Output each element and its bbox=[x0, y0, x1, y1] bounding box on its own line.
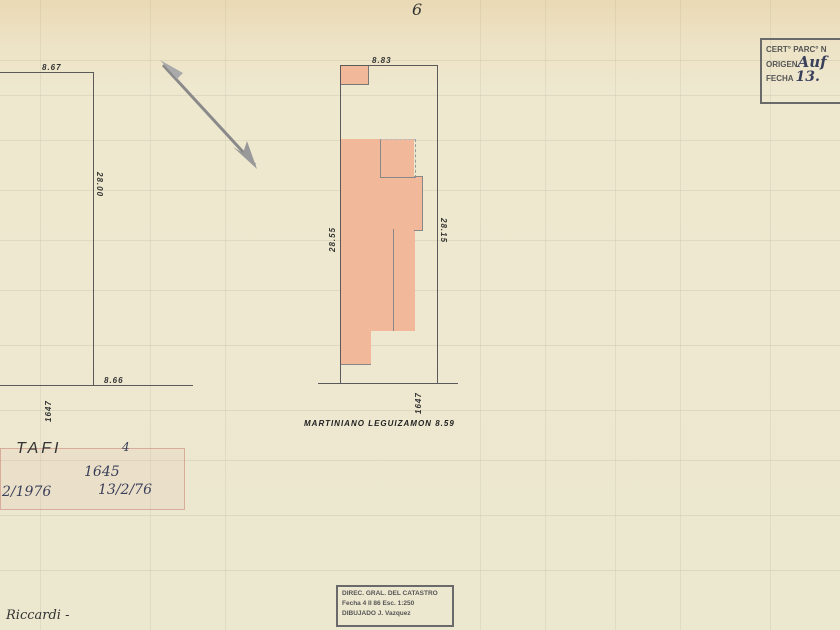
annotation-date-left: 2/1976 bbox=[2, 484, 51, 500]
grid-line bbox=[0, 570, 840, 571]
grid-line bbox=[480, 0, 481, 630]
grid-line bbox=[0, 345, 840, 346]
grid-line bbox=[615, 0, 616, 630]
annotation-number: 1645 bbox=[84, 464, 120, 480]
grid-line bbox=[0, 140, 840, 141]
building-footprint bbox=[414, 176, 423, 231]
page-number: 6 bbox=[412, 0, 422, 19]
catastro-stamp: DIREC. GRAL. DEL CATASTRO Fecha 4 II 86 … bbox=[336, 585, 454, 627]
stamp-line: DIBUJADO J. Vazquez bbox=[342, 609, 448, 619]
left-parcel-bottom-dimension: 8.66 bbox=[104, 376, 124, 385]
stamp-line: Fecha 4 II 86 Esc. 1:250 bbox=[342, 599, 448, 609]
handwritten-date: 13. bbox=[796, 69, 820, 85]
grid-line bbox=[150, 0, 151, 630]
street-line bbox=[318, 383, 458, 384]
signature: Riccardi - bbox=[6, 608, 69, 623]
parcel-boundary bbox=[437, 65, 438, 383]
stamp-line: DIREC. GRAL. DEL CATASTRO bbox=[342, 589, 448, 599]
stamp-line: FECHA bbox=[766, 74, 793, 83]
main-parcel-top-dimension: 8.83 bbox=[372, 56, 392, 65]
grid-line bbox=[680, 0, 681, 630]
left-parcel-top-dimension: 8.67 bbox=[42, 63, 62, 72]
grid-line bbox=[0, 290, 840, 291]
north-arrow-icon bbox=[155, 55, 265, 175]
grid-line bbox=[0, 95, 840, 96]
left-parcel-street-number: 1647 bbox=[44, 400, 53, 422]
tafi-label: TAFI bbox=[16, 440, 61, 458]
main-parcel-street-number: 1647 bbox=[414, 392, 423, 414]
street-line bbox=[0, 385, 193, 386]
building-footprint bbox=[341, 331, 371, 365]
annotation-mark: 4 bbox=[122, 440, 130, 454]
main-parcel-left-dimension: 28.55 bbox=[328, 227, 337, 252]
certificate-stamp: CERT° PARC° N ORIGENAuf FECHA 13. bbox=[760, 38, 840, 104]
stamp-line: ORIGEN bbox=[766, 60, 798, 69]
left-parcel-side-dimension: 28.00 bbox=[95, 172, 104, 197]
building-footprint bbox=[341, 229, 393, 331]
grid-line bbox=[0, 515, 840, 516]
grid-line bbox=[545, 0, 546, 630]
street-label: MARTINIANO LEGUIZAMON 8.59 bbox=[304, 419, 455, 428]
registry-annotation: TAFI 4 2/1976 1645 13/2/76 bbox=[0, 440, 185, 515]
building-footprint bbox=[380, 139, 416, 178]
main-parcel-right-dimension: 28.15 bbox=[439, 218, 448, 243]
grid-line bbox=[0, 60, 840, 61]
grid-line bbox=[0, 240, 840, 241]
building-footprint bbox=[341, 66, 369, 85]
grid-line bbox=[40, 0, 41, 630]
parcel-boundary bbox=[0, 72, 93, 73]
street-name: MARTINIANO LEGUIZAMON bbox=[304, 419, 432, 428]
annotation-date-right: 13/2/76 bbox=[98, 482, 152, 498]
parcel-boundary bbox=[93, 72, 94, 385]
building-footprint bbox=[393, 229, 415, 331]
street-frontage: 8.59 bbox=[435, 419, 455, 428]
